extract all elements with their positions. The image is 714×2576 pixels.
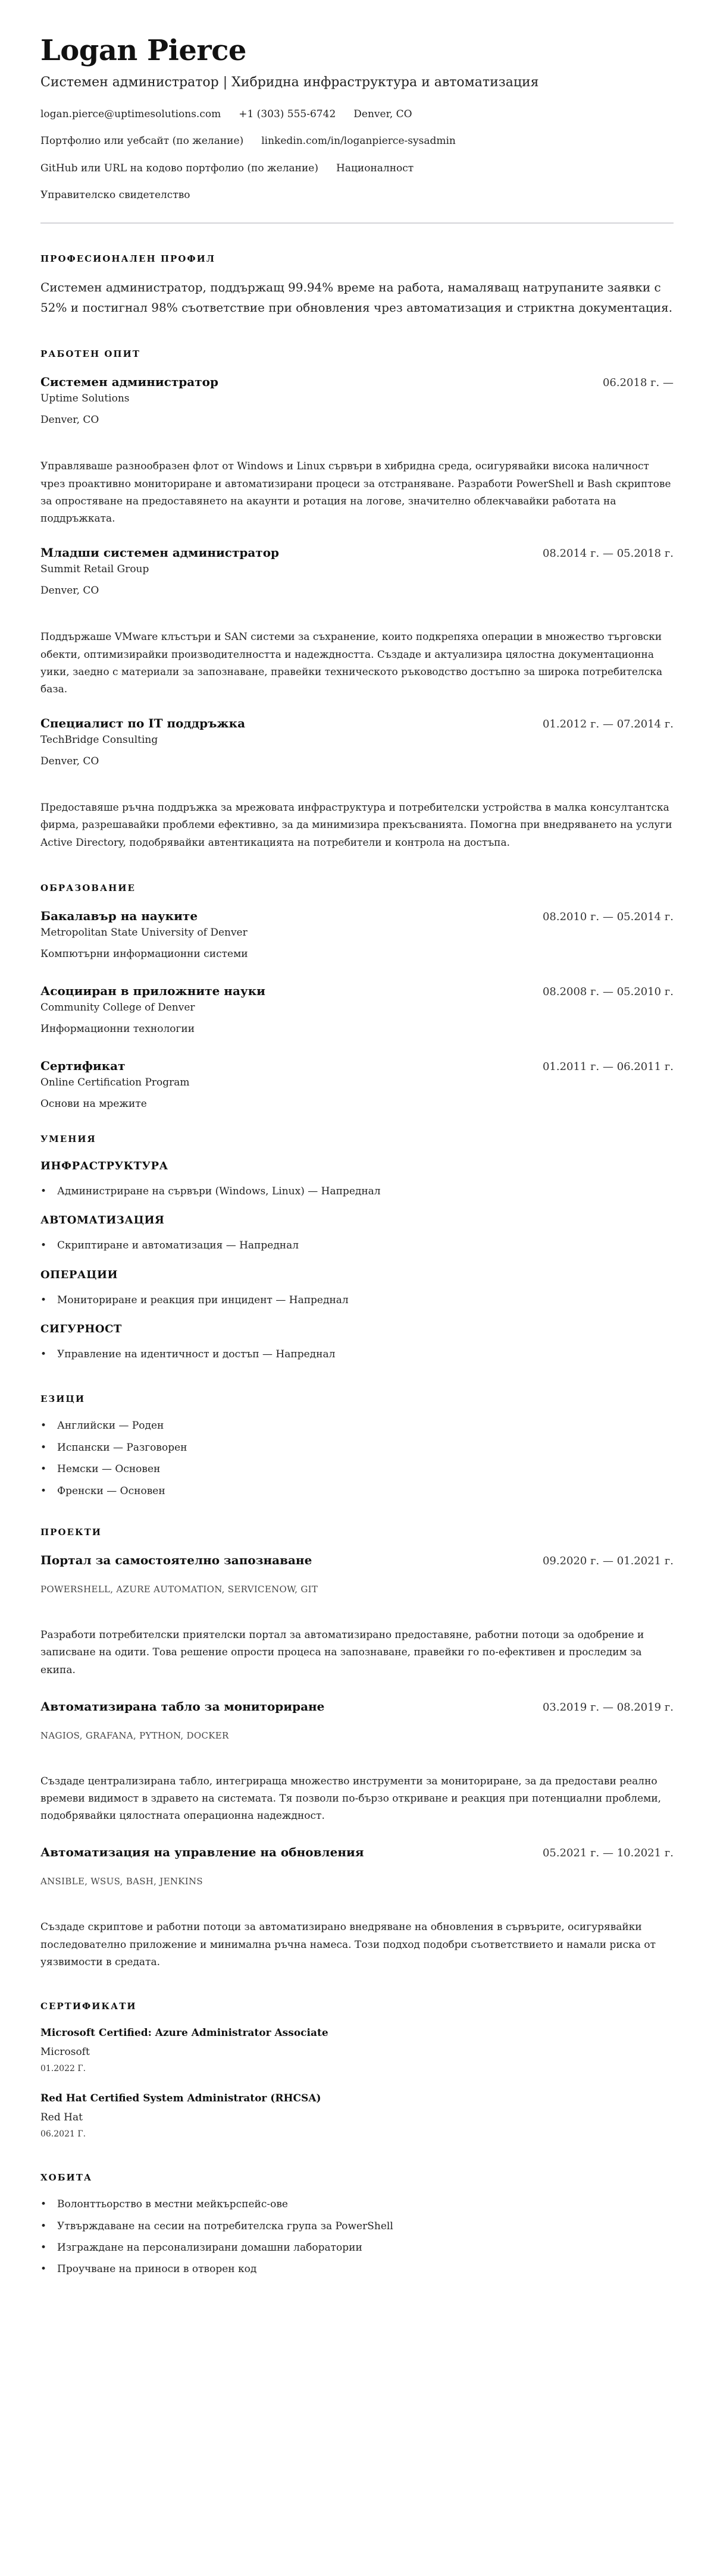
skill-group-title: Автоматизация: [40, 1214, 674, 1226]
hobby-list: Волонттьорство в местни мейкърспейс-ове …: [40, 2198, 674, 2276]
degree-title: Бакалавър на науките: [40, 909, 198, 923]
certification-name: Red Hat Certified System Administrator (…: [40, 2092, 674, 2104]
certification-entry: Microsoft Certified: Azure Administrator…: [40, 2027, 674, 2073]
job-description: Предоставяше ръчна поддръжка за мрежоват…: [40, 799, 674, 852]
email-link[interactable]: logan.pierce@uptimesolutions.com: [40, 108, 221, 120]
job-date: 06.2018 г. —: [603, 376, 674, 389]
project-name: Автоматизация на управление на обновлени…: [40, 1845, 364, 1859]
section-title-education: Образование: [40, 883, 674, 893]
section-title-certifications: Сертификати: [40, 2001, 674, 2012]
education-date: 08.2010 г. — 05.2014 г.: [543, 911, 674, 923]
job-location: Denver, CO: [40, 755, 674, 767]
github-link[interactable]: GitHub или URL на кодово портфолио (по ж…: [40, 162, 318, 174]
company-name: Uptime Solutions: [40, 393, 674, 404]
contact-row: GitHub или URL на кодово портфолио (по ж…: [40, 162, 674, 174]
job-date: 01.2012 г. — 07.2014 г.: [543, 718, 674, 730]
project-name: Автоматизирана табло за мониториране: [40, 1699, 324, 1714]
skill-item: Администриране на сървъри (Windows, Linu…: [40, 1185, 674, 1197]
job-location: Denver, CO: [40, 585, 674, 597]
job-description: Поддържаше VMware клъстъри и SAN системи…: [40, 629, 674, 698]
field-of-study: Основи на мрежите: [40, 1098, 674, 1110]
school-name: Metropolitan State University of Denver: [40, 927, 674, 939]
certification-date: 06.2021 г.: [40, 2129, 674, 2139]
resume-page: Logan Pierce Системен администратор | Хи…: [0, 0, 714, 2321]
section-title-hobbies: Хобита: [40, 2172, 674, 2183]
education-date: 08.2008 г. — 05.2010 г.: [543, 986, 674, 998]
job-description: Управляваше разнообразен флот от Windows…: [40, 458, 674, 528]
job-title: Младши системен администратор: [40, 545, 279, 560]
certification-issuer: Red Hat: [40, 2111, 674, 2123]
summary-text: Системен администратор, поддържащ 99.94%…: [40, 277, 674, 318]
school-name: Online Certification Program: [40, 1077, 674, 1088]
skill-list: Администриране на сървъри (Windows, Linu…: [40, 1185, 674, 1197]
project-description: Създаде скриптове и работни потоци за ав…: [40, 1919, 674, 1971]
header-divider: [40, 222, 674, 224]
section-title-summary: Професионален профил: [40, 253, 674, 264]
section-title-skills: Умения: [40, 1134, 674, 1144]
company-name: TechBridge Consulting: [40, 734, 674, 746]
skill-item: Мониториране и реакция при инцидент — На…: [40, 1294, 674, 1306]
project-date: 05.2021 г. — 10.2021 г.: [543, 1847, 674, 1859]
hobby-item: Проучване на приноси в отворен код: [40, 2263, 674, 2275]
summary-section: Професионален профил Системен администра…: [40, 253, 674, 318]
certification-issuer: Microsoft: [40, 2046, 674, 2058]
location: Denver, CO: [353, 108, 412, 120]
experience-entry: Младши системен администратор 08.2014 г.…: [40, 545, 674, 698]
contact-row: Портфолио или уебсайт (по желание)linked…: [40, 135, 674, 147]
certification-entry: Red Hat Certified System Administrator (…: [40, 2092, 674, 2139]
skill-group-title: Операции: [40, 1269, 674, 1281]
section-title-languages: Езици: [40, 1394, 674, 1404]
experience-entry: Специалист по IT поддръжка 01.2012 г. — …: [40, 716, 674, 852]
experience-section: Работен опит Системен администратор 06.2…: [40, 349, 674, 852]
project-description: Разработи потребителски приятелски порта…: [40, 1627, 674, 1679]
project-tech-stack: Nagios, Grafana, Python, Docker: [40, 1730, 674, 1741]
linkedin-link[interactable]: linkedin.com/in/loganpierce-sysadmin: [261, 135, 456, 147]
section-title-experience: Работен опит: [40, 349, 674, 359]
skill-group-title: Инфраструктура: [40, 1160, 674, 1172]
project-description: Създаде централизирана табло, интегриращ…: [40, 1773, 674, 1825]
experience-entry: Системен администратор 06.2018 г. — Upti…: [40, 375, 674, 528]
skill-list: Скриптиране и автоматизация — Напреднал: [40, 1240, 674, 1251]
portfolio-link[interactable]: Портфолио или уебсайт (по желание): [40, 135, 243, 147]
certifications-section: Сертификати Microsoft Certified: Azure A…: [40, 2001, 674, 2139]
school-name: Community College of Denver: [40, 1002, 674, 1014]
hobby-item: Изграждане на персонализирани домашни ла…: [40, 2242, 674, 2254]
skills-section: Умения Инфраструктура Администриране на …: [40, 1134, 674, 1361]
contact-row: logan.pierce@uptimesolutions.com+1 (303)…: [40, 108, 674, 120]
skill-group-title: Сигурност: [40, 1323, 674, 1335]
hobby-item: Утвърждаване на сесии на потребителска г…: [40, 2220, 674, 2232]
project-entry: Портал за самостоятелно запознаване 09.2…: [40, 1553, 674, 1679]
resume-header: Logan Pierce Системен администратор | Хи…: [40, 34, 674, 224]
languages-section: Езици Английски — Роден Испански — Разго…: [40, 1394, 674, 1497]
degree-title: Асоцииран в приложните науки: [40, 984, 265, 998]
education-entry: Сертификат 01.2011 г. — 06.2011 г. Onlin…: [40, 1059, 674, 1110]
project-tech-stack: Ansible, WSUS, Bash, Jenkins: [40, 1876, 674, 1887]
skill-item: Управление на идентичност и достъп — Нап…: [40, 1348, 674, 1360]
section-title-projects: Проекти: [40, 1527, 674, 1538]
education-entry: Бакалавър на науките 08.2010 г. — 05.201…: [40, 909, 674, 960]
company-name: Summit Retail Group: [40, 563, 674, 575]
skill-item: Скриптиране и автоматизация — Напреднал: [40, 1240, 674, 1251]
job-date: 08.2014 г. — 05.2018 г.: [543, 547, 674, 560]
field-of-study: Информационни технологии: [40, 1023, 674, 1035]
projects-section: Проекти Портал за самостоятелно запознав…: [40, 1527, 674, 1971]
phone-number[interactable]: +1 (303) 555-6742: [239, 108, 336, 120]
language-item: Немски — Основен: [40, 1463, 674, 1475]
skill-list: Управление на идентичност и достъп — Нап…: [40, 1348, 674, 1360]
language-list: Английски — Роден Испански — Разговорен …: [40, 1420, 674, 1497]
certification-date: 01.2022 г.: [40, 2064, 674, 2073]
hobby-item: Волонттьорство в местни мейкърспейс-ове: [40, 2198, 674, 2210]
language-item: Френски — Основен: [40, 1485, 674, 1497]
hobbies-section: Хобита Волонттьорство в местни мейкърспе…: [40, 2172, 674, 2276]
project-tech-stack: PowerShell, Azure Automation, ServiceNow…: [40, 1584, 674, 1595]
skill-list: Мониториране и реакция при инцидент — На…: [40, 1294, 674, 1306]
project-entry: Автоматизирана табло за мониториране 03.…: [40, 1699, 674, 1825]
certification-name: Microsoft Certified: Azure Administrator…: [40, 2027, 674, 2039]
job-title: Системен администратор: [40, 375, 218, 389]
candidate-name: Logan Pierce: [40, 34, 674, 67]
education-section: Образование Бакалавър на науките 08.2010…: [40, 883, 674, 1110]
drivers-license: Управителско свидетелство: [40, 189, 190, 201]
job-location: Denver, CO: [40, 414, 674, 426]
project-name: Портал за самостоятелно запознаване: [40, 1553, 312, 1567]
job-title: Специалист по IT поддръжка: [40, 716, 245, 730]
language-item: Испански — Разговорен: [40, 1442, 674, 1454]
project-date: 09.2020 г. — 01.2021 г.: [543, 1555, 674, 1567]
language-item: Английски — Роден: [40, 1420, 674, 1432]
nationality: Националност: [336, 162, 414, 174]
project-date: 03.2019 г. — 08.2019 г.: [543, 1701, 674, 1714]
field-of-study: Компютърни информационни системи: [40, 948, 674, 960]
candidate-headline: Системен администратор | Хибридна инфрас…: [40, 74, 674, 92]
contact-row: Управителско свидетелство: [40, 189, 674, 201]
project-entry: Автоматизация на управление на обновлени…: [40, 1845, 674, 1971]
education-date: 01.2011 г. — 06.2011 г.: [543, 1060, 674, 1073]
degree-title: Сертификат: [40, 1059, 126, 1073]
contact-info: logan.pierce@uptimesolutions.com+1 (303)…: [40, 108, 674, 202]
education-entry: Асоцииран в приложните науки 08.2008 г. …: [40, 984, 674, 1035]
